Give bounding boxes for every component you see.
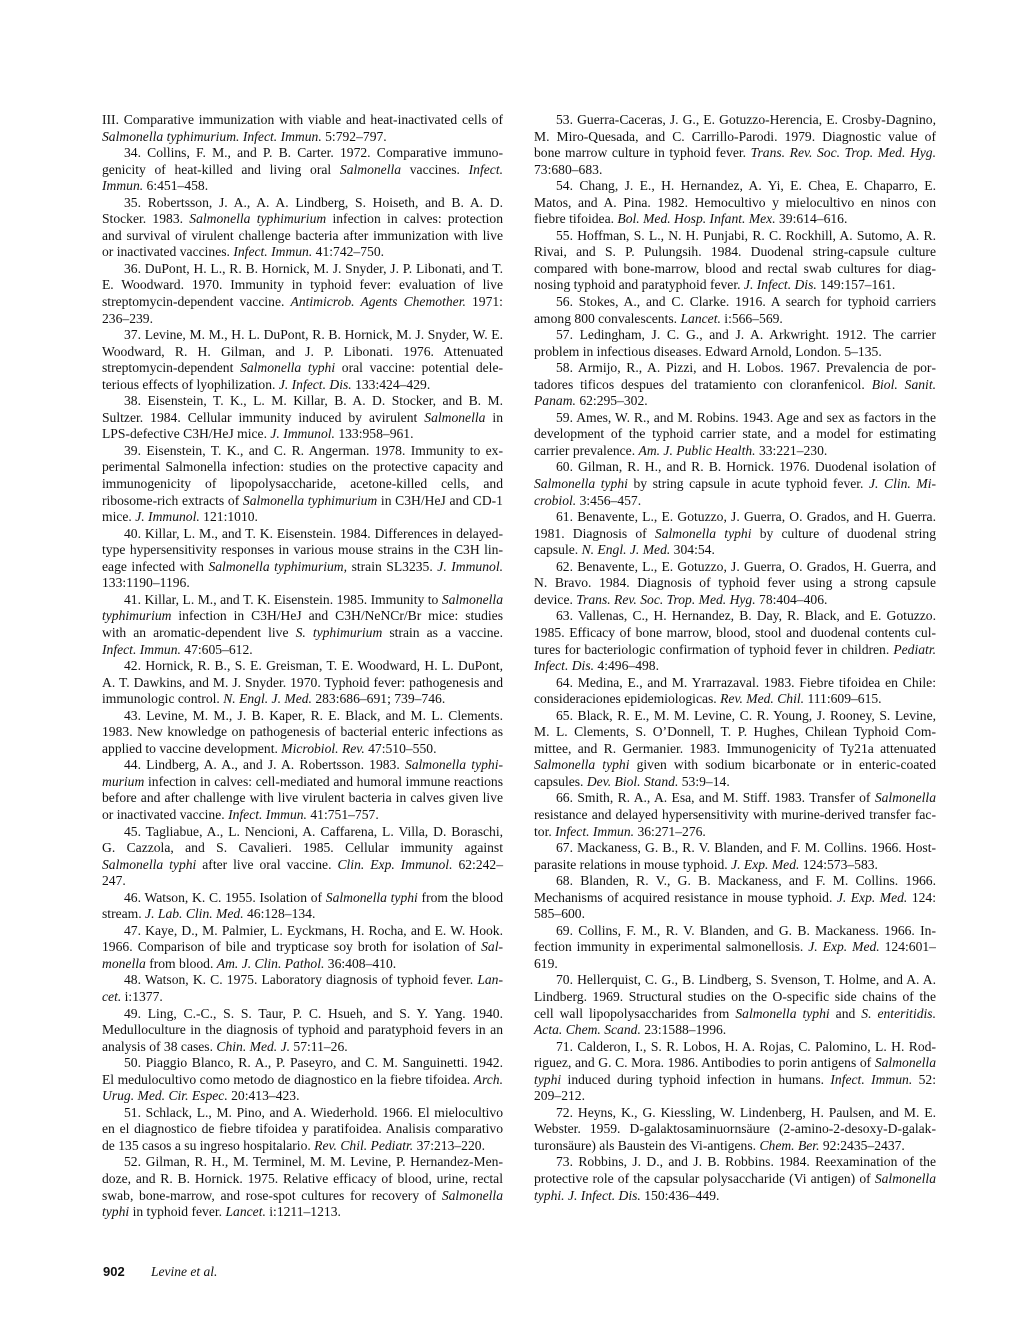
- italic-text: Infect. Immun.: [102, 642, 181, 657]
- italic-text: Bol. Med. Hosp. Infant. Mex.: [617, 211, 775, 226]
- italic-text: Infect. Immun.: [228, 807, 307, 822]
- italic-text: Trans. Rev. Soc. Trop. Med. Hyg.: [576, 592, 755, 607]
- italic-text: Am. J. Public Health.: [639, 443, 756, 458]
- reference-text: after live oral vaccine.: [196, 857, 337, 872]
- reference-text: 73:680–683.: [534, 162, 602, 177]
- reference-60: 60. Gilman, R. H., and R. B. Hornick. 19…: [534, 459, 936, 509]
- reference-text: 133:424–429.: [352, 377, 431, 392]
- italic-text: J. Exp. Med.: [837, 890, 908, 905]
- italic-text: J. Infect. Dis.: [744, 277, 817, 292]
- reference-text: 47. Kaye, D., M. Palmier, L. Eyckmans, H…: [102, 923, 503, 955]
- reference-text: 41:751–757.: [307, 807, 379, 822]
- italic-text: Salmonella typhi: [534, 757, 629, 772]
- italic-text: Salmonella typhimurium: [243, 493, 377, 508]
- reference-66: 66. Smith, R. A., A. Esa, and M. Stiff. …: [534, 790, 936, 840]
- running-head: Levine et al.: [151, 1264, 217, 1280]
- italic-text: J. Immunol.: [437, 559, 503, 574]
- reference-text: 47:510–550.: [365, 741, 437, 756]
- reference-text: 23:1588–1996.: [641, 1022, 726, 1037]
- reference-65: 65. Black, R. E., M. M. Levine, C. R. Yo…: [534, 708, 936, 791]
- italic-text: Infect. Immun.: [830, 1072, 912, 1087]
- reference-text: induced during typhoid infection in huma…: [561, 1072, 830, 1087]
- reference-73: 73. Robbins, J. D., and J. B. Robbins. 1…: [534, 1154, 936, 1204]
- italic-text: Microbiol. Rev.: [281, 741, 364, 756]
- reference-text: III. Comparative immunization with viabl…: [102, 112, 503, 127]
- reference-text: D: [888, 1121, 898, 1136]
- italic-text: Lancet.: [225, 1204, 265, 1219]
- reference-42: 42. Hornick, R. B., S. E. Greisman, T. E…: [102, 658, 503, 708]
- reference-35: 35. Robertsson, J. A., A. A. Lindberg, S…: [102, 195, 503, 261]
- references-column-left: III. Comparative immunization with viabl…: [102, 112, 503, 1221]
- italic-text: Rev. Med. Chil.: [720, 691, 804, 706]
- reference-71: 71. Calderon, I., S. R. Lobos, H. A. Roj…: [534, 1039, 936, 1105]
- reference-64: 64. Medina, E., and M. Yrarrazaval. 1983…: [534, 675, 936, 708]
- reference-52: 52. Gilman, R. H., M. Terminel, M. M. Le…: [102, 1154, 503, 1220]
- reference-text: 124:573–583.: [799, 857, 878, 872]
- reference-text: 36:408–410.: [324, 956, 396, 971]
- italic-text: Salmonella typhimurium: [189, 211, 326, 226]
- reference-53: 53. Guerra-Caceras, J. G., E. Gotuzzo-He…: [534, 112, 936, 178]
- reference-text: 46. Watson, K. C. 1955. Isolation of: [124, 890, 326, 905]
- reference-text: strain as a vaccine.: [382, 625, 503, 640]
- reference-continuation: III. Comparative immunization with viabl…: [102, 112, 503, 145]
- italic-text: J. Exp. Med.: [808, 939, 879, 954]
- italic-text: Salmonella typhimurium,: [208, 559, 347, 574]
- reference-text: 111:609–615.: [804, 691, 882, 706]
- reference-46: 46. Watson, K. C. 1955. Isolation of Sal…: [102, 890, 503, 923]
- reference-text: by string capsule in acute typhoid fever…: [628, 476, 869, 491]
- reference-40: 40. Killar, L. M., and T. K. Eisenstein.…: [102, 526, 503, 592]
- page-number: 902: [103, 1264, 151, 1279]
- reference-text: 283:686–691; 739–746.: [312, 691, 445, 706]
- italic-text: Salmonella: [340, 162, 401, 177]
- references-column-right: 53. Guerra-Caceras, J. G., E. Gotuzzo-He…: [534, 112, 936, 1204]
- reference-text: i:1377.: [121, 989, 163, 1004]
- reference-text: i:566–569.: [721, 311, 783, 326]
- italic-text: Rev. Chil. Pediatr.: [314, 1138, 413, 1153]
- italic-text: Trans. Rev. Soc. Trop. Med. Hyg.: [751, 145, 936, 160]
- reference-text: 150:436–449.: [641, 1188, 720, 1203]
- italic-text: Lancet.: [680, 311, 720, 326]
- reference-55: 55. Hoffman, S. L., N. H. Punjabi, R. C.…: [534, 228, 936, 294]
- reference-68: 68. Blanden, R. V., G. B. Mackaness, and…: [534, 873, 936, 923]
- reference-45: 45. Tagliabue, A., L. Nencioni, A. Caffa…: [102, 824, 503, 890]
- italic-text: Infect. Immun.: [233, 244, 312, 259]
- reference-text: 92:2435–2437.: [819, 1138, 904, 1153]
- reference-text: 5:792–797.: [322, 129, 387, 144]
- reference-69: 69. Collins, F. M., R. V. Blanden, and G…: [534, 923, 936, 973]
- reference-47: 47. Kaye, D., M. Palmier, L. Eyckmans, H…: [102, 923, 503, 973]
- reference-text: 133:958–961.: [335, 426, 414, 441]
- italic-text: Salmonella typhi: [655, 526, 752, 541]
- reference-39: 39. Eisenstein, T. K., and C. R. Angerma…: [102, 443, 503, 526]
- italic-text: Salmonella typhimurium. Infect. Immun.: [102, 129, 322, 144]
- reference-text: 41. Killar, L. M., and T. K. Eisenstein.…: [124, 592, 442, 607]
- italic-text: Antimicrob. Agents Chemother.: [291, 294, 466, 309]
- reference-59: 59. Ames, W. R., and M. Robins. 1943. Ag…: [534, 410, 936, 460]
- italic-text: Salmonella: [875, 790, 936, 805]
- italic-text: Chem. Ber.: [759, 1138, 819, 1153]
- reference-61: 61. Benavente, L., E. Gotuzzo, J. Guerra…: [534, 509, 936, 559]
- reference-text: and: [830, 1006, 862, 1021]
- reference-58: 58. Armijo, R., A. Pizzi, and H. Lobos. …: [534, 360, 936, 410]
- italic-text: Salmonella typhi: [326, 890, 418, 905]
- italic-text: N. Engl. J. Med.: [223, 691, 312, 706]
- reference-text: 65. Black, R. E., M. M. Levine, C. R. Yo…: [534, 708, 936, 756]
- reference-70: 70. Hellerquist, C. G., B. Lindberg, S. …: [534, 972, 936, 1038]
- italic-text: Salmonella typhi: [735, 1006, 829, 1021]
- reference-text: 133:1190–1196.: [102, 575, 190, 590]
- reference-text: 3:456–457.: [576, 493, 641, 508]
- italic-text: J. Lab. Clin. Med.: [145, 906, 244, 921]
- reference-67: 67. Mackaness, G. B., R. V. Blanden, and…: [534, 840, 936, 873]
- reference-37: 37. Levine, M. M., H. L. DuPont, R. B. H…: [102, 327, 503, 393]
- reference-43: 43. Levine, M. M., J. B. Kaper, R. E. Bl…: [102, 708, 503, 758]
- reference-text: from blood.: [146, 956, 217, 971]
- italic-text: J. Infect. Dis.: [279, 377, 352, 392]
- reference-text: 41:742–750.: [312, 244, 384, 259]
- reference-text: -galaktosaminuornsäure (2-amino-2-desoxy…: [639, 1121, 887, 1136]
- italic-text: N. Engl. J. Med.: [582, 542, 671, 557]
- reference-text: 39:614–616.: [776, 211, 848, 226]
- reference-72: 72. Heyns, K., G. Kiessling, W. Lindenbe…: [534, 1105, 936, 1155]
- reference-text: 63. Vallenas, C., H. Hernandez, B. Day, …: [534, 608, 936, 656]
- reference-text: 37:213–220.: [413, 1138, 485, 1153]
- reference-text: 36:271–276.: [634, 824, 706, 839]
- reference-text: strain SL3235.: [347, 559, 437, 574]
- reference-41: 41. Killar, L. M., and T. K. Eisenstein.…: [102, 592, 503, 658]
- reference-62: 62. Benavente, L., E. Gotuzzo, J. Guerra…: [534, 559, 936, 609]
- reference-text: in typhoid fever.: [129, 1204, 225, 1219]
- reference-text: D: [629, 1121, 639, 1136]
- reference-text: 44. Lindberg, A. A., and J. A. Robertsso…: [124, 757, 405, 772]
- reference-text: 33:221–230.: [756, 443, 828, 458]
- reference-text: 45. Tagliabue, A., L. Nencioni, A. Caffa…: [102, 824, 503, 856]
- italic-text: Salmonella typhi: [240, 360, 335, 375]
- reference-text: 6:451–458.: [143, 178, 208, 193]
- reference-57: 57. Ledingham, J. C. G., and J. A. Arkwr…: [534, 327, 936, 360]
- reference-48: 48. Watson, K. C. 1975. Laboratory diagn…: [102, 972, 503, 1005]
- reference-text: 57. Ledingham, J. C. G., and J. A. Arkwr…: [534, 327, 936, 359]
- reference-63: 63. Vallenas, C., H. Hernandez, B. Day, …: [534, 608, 936, 674]
- italic-text: Chin. Med. J.: [216, 1039, 290, 1054]
- page-footer: 902 Levine et al.: [103, 1264, 217, 1282]
- reference-text: 48. Watson, K. C. 1975. Laboratory diagn…: [124, 972, 477, 987]
- reference-49: 49. Ling, C.-C., S. S. Taur, P. C. Hsueh…: [102, 1006, 503, 1056]
- reference-51: 51. Schlack, L., M. Pino, and A. Wiederh…: [102, 1105, 503, 1155]
- italic-text: S. typhimurium: [296, 625, 383, 640]
- reference-text: 47:605–612.: [181, 642, 253, 657]
- reference-text: 78:404–406.: [756, 592, 828, 607]
- italic-text: Salmonella typhi: [534, 476, 628, 491]
- reference-text: 57:11–26.: [290, 1039, 348, 1054]
- reference-34: 34. Collins, F. M., and P. B. Carter. 19…: [102, 145, 503, 195]
- italic-text: J. Exp. Med.: [731, 857, 799, 872]
- italic-text: Clin. Exp. Immunol.: [337, 857, 452, 872]
- reference-50: 50. Piaggio Blanco, R. A., P. Paseyro, a…: [102, 1055, 503, 1105]
- reference-36: 36. DuPont, H. L., R. B. Hornick, M. J. …: [102, 261, 503, 327]
- italic-text: Salmonella: [424, 410, 485, 425]
- italic-text: J. Immunol.: [135, 509, 200, 524]
- italic-text: Dev. Biol. Stand.: [587, 774, 679, 789]
- italic-text: Salmonella typhi: [102, 857, 196, 872]
- reference-text: 20:413–423.: [228, 1088, 300, 1103]
- reference-56: 56. Stokes, A., and C. Clarke. 1916. A s…: [534, 294, 936, 327]
- reference-54: 54. Chang, J. E., H. Hernandez, A. Yi, E…: [534, 178, 936, 228]
- journal-page: III. Comparative immunization with viabl…: [0, 0, 1020, 1320]
- italic-text: J. Immunol.: [270, 426, 335, 441]
- reference-44: 44. Lindberg, A. A., and J. A. Robertsso…: [102, 757, 503, 823]
- reference-text: 121:1010.: [200, 509, 258, 524]
- reference-text: 60. Gilman, R. H., and R. B. Hornick. 19…: [556, 459, 936, 474]
- reference-text: 4:496–498.: [594, 658, 659, 673]
- reference-text: 66. Smith, R. A., A. Esa, and M. Stiff. …: [556, 790, 875, 805]
- italic-text: Infect. Immun.: [555, 824, 634, 839]
- reference-text: 53:9–14.: [678, 774, 729, 789]
- reference-text: 304:54.: [670, 542, 715, 557]
- reference-38: 38. Eisenstein, T. K., L. M. Killar, B. …: [102, 393, 503, 443]
- reference-text: i:1211–1213.: [266, 1204, 341, 1219]
- italic-text: Am. J. Clin. Pathol.: [217, 956, 325, 971]
- reference-text: 62:295–302.: [576, 393, 648, 408]
- reference-text: 46:128–134.: [244, 906, 316, 921]
- reference-text: 149:157–161.: [817, 277, 896, 292]
- reference-text: 50. Piaggio Blanco, R. A., P. Paseyro, a…: [102, 1055, 503, 1087]
- reference-text: vaccines.: [401, 162, 469, 177]
